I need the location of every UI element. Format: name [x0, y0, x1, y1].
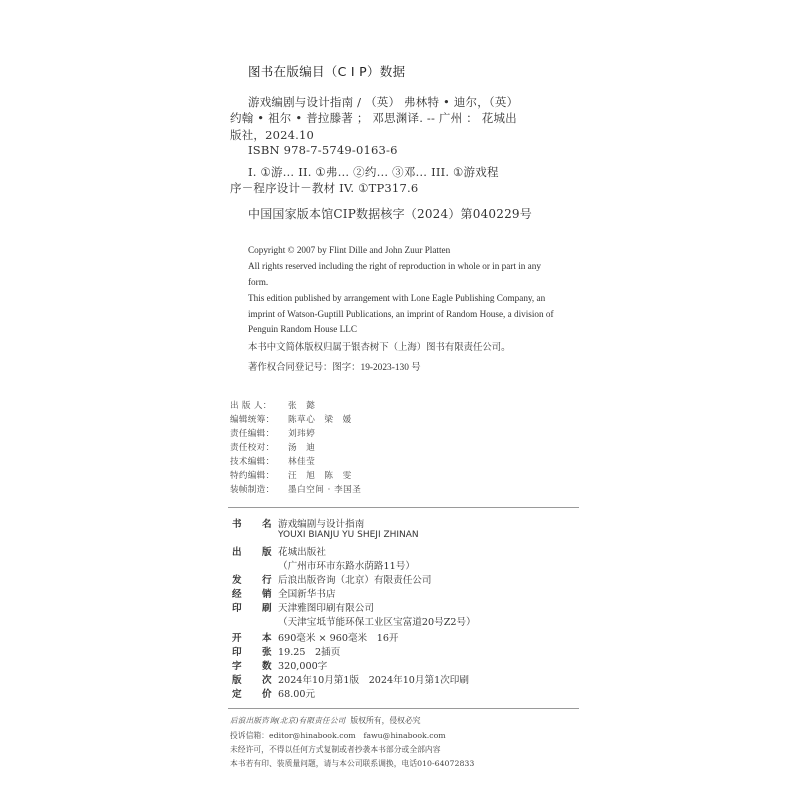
info-label: 出 — [232, 544, 242, 558]
staff-role: 出 版 人： — [230, 399, 288, 411]
info-value: 320,000字 — [278, 658, 327, 672]
footer-complaint-line: 投诉信箱：editor@hinabook.com fawu@hinabook.c… — [230, 730, 446, 741]
info-label: 字 — [232, 658, 242, 672]
copyright-line: form. — [248, 277, 268, 287]
copyright-line: Penguin Random House LLC — [248, 324, 357, 334]
cip-line: 序－程序设计－教材 IV. ①TP317.6 — [230, 180, 418, 196]
staff-name: 汪 旭 陈 雯 — [288, 471, 352, 481]
staff-row: 特约编辑：汪 旭 陈 雯 — [230, 469, 352, 481]
info-value: 68.00元 — [278, 686, 315, 700]
info-value: 花城出版社 — [278, 544, 326, 558]
divider — [228, 708, 579, 709]
copyright-line: All rights reserved including the right … — [248, 261, 541, 271]
isbn: ISBN 978-7-5749-0163-6 — [248, 143, 398, 157]
staff-row: 装帧制造：墨白空间 · 李国圣 — [230, 483, 361, 495]
info-row-seller: 经 销 全国新华书店 — [232, 586, 582, 600]
staff-row: 责任编辑：刘玮婷 — [230, 427, 315, 439]
staff-row: 技术编辑：林佳莹 — [230, 455, 315, 467]
contract-registration: 著作权合同登记号：图字：19-2023-130 号 — [248, 359, 421, 373]
info-label: 发 — [232, 572, 242, 586]
info-label: 张 — [262, 644, 272, 658]
complaint-emails: editor@hinabook.com fawu@hinabook.com — [269, 731, 446, 740]
info-value: 游戏编剧与设计指南 — [278, 516, 364, 530]
complaint-label: 投诉信箱： — [230, 731, 269, 740]
staff-row: 编辑统筹：陈草心 梁 媛 — [230, 413, 352, 425]
info-value: 690毫米 × 960毫米 16开 — [278, 630, 399, 644]
info-label: 刷 — [262, 600, 272, 614]
info-value: YOUXI BIANJU YU SHEJI ZHINAN — [278, 530, 419, 540]
cip-record-number: 中国国家版本馆CIP数据核字（2024）第040229号 — [248, 205, 532, 222]
info-value: （天津宝坻节能环保工业区宝富道20号Z2号） — [278, 614, 476, 628]
divider — [228, 507, 579, 508]
publisher-logotype: 后浪出版咨询(北京)有限责任公司 — [230, 716, 345, 725]
info-row-distribution: 发 行 后浪出版咨询（北京）有限责任公司 — [232, 572, 582, 586]
info-label: 销 — [262, 586, 272, 600]
info-row-printer: 印 刷 天津雅图印刷有限公司 — [232, 600, 582, 614]
staff-name: 刘玮婷 — [288, 429, 315, 439]
info-row-word-count: 字 数 320,000字 — [232, 658, 582, 672]
staff-role: 技术编辑： — [230, 455, 288, 467]
staff-role: 责任校对： — [230, 441, 288, 453]
staff-role: 装帧制造： — [230, 483, 288, 495]
info-label: 行 — [262, 572, 272, 586]
info-label: 次 — [262, 672, 272, 686]
cip-line: 版社，2024.10 — [230, 127, 314, 143]
staff-name: 汤 迪 — [288, 443, 315, 453]
info-label: 价 — [262, 686, 272, 700]
info-label: 经 — [232, 586, 242, 600]
staff-name: 陈草心 梁 媛 — [288, 415, 352, 425]
info-row-price: 定 价 68.00元 — [232, 686, 582, 700]
staff-role: 编辑统筹： — [230, 413, 288, 425]
info-value: 天津雅图印刷有限公司 — [278, 600, 374, 614]
info-label: 数 — [262, 658, 272, 672]
info-row-sheets: 印 张 19.25 2插页 — [232, 644, 582, 658]
info-label: 版 — [232, 672, 242, 686]
info-label: 书 — [232, 516, 242, 530]
info-label: 印 — [232, 600, 242, 614]
staff-name: 张 懿 — [288, 401, 315, 411]
info-value: 后浪出版咨询（北京）有限责任公司 — [278, 572, 432, 586]
copyright-line: Copyright © 2007 by Flint Dille and John… — [248, 245, 450, 255]
staff-row: 出 版 人：张 懿 — [230, 399, 315, 411]
staff-row: 责任校对：汤 迪 — [230, 441, 315, 453]
info-value: （广州市环市东路水荫路11号） — [278, 558, 415, 572]
info-label: 开 — [232, 630, 242, 644]
info-label: 定 — [232, 686, 242, 700]
chinese-rights-statement: 本书中文简体版权归属于银杏树下（上海）图书有限责任公司。 — [248, 339, 511, 353]
info-value: 全国新华书店 — [278, 586, 336, 600]
copyright-line: imprint of Watson-Guptill Publications, … — [248, 309, 554, 319]
info-value: 2024年10月第1版 2024年10月第1次印刷 — [278, 672, 469, 686]
rights-reserved: 版权所有，侵权必究 — [350, 716, 420, 725]
footer-publisher-line: 后浪出版咨询(北京)有限责任公司 版权所有，侵权必究 — [230, 715, 421, 726]
info-row-title: 书 名 游戏编剧与设计指南 — [232, 516, 582, 530]
cip-line: 游戏编剧与设计指南 / （英） 弗林特 • 迪尔，（英） — [248, 94, 518, 110]
staff-name: 林佳莹 — [288, 457, 315, 467]
cip-heading: 图书在版编目（C I P）数据 — [248, 62, 405, 80]
copyright-line: This edition published by arrangement wi… — [248, 293, 545, 303]
info-label: 印 — [232, 644, 242, 658]
footer-quality-contact: 本书若有印、装质量问题，请与本公司联系调换，电话010-64072833 — [230, 758, 474, 769]
cip-line: I. ①游… II. ①弗… ②约… ③邓… III. ①游戏程 — [248, 164, 499, 180]
info-label: 本 — [262, 630, 272, 644]
info-row-format: 开 本 690毫米 × 960毫米 16开 — [232, 630, 582, 644]
info-row-printer-address: （天津宝坻节能环保工业区宝富道20号Z2号） — [232, 614, 582, 628]
staff-role: 特约编辑： — [230, 469, 288, 481]
info-value: 19.25 2插页 — [278, 644, 340, 658]
info-row-edition: 版 次 2024年10月第1版 2024年10月第1次印刷 — [232, 672, 582, 686]
staff-name: 墨白空间 · 李国圣 — [288, 485, 361, 495]
footer-no-copy: 未经许可，不得以任何方式复制或者抄袭本书部分或全部内容 — [230, 744, 441, 755]
info-label: 名 — [262, 516, 272, 530]
info-row-publisher-address: （广州市环市东路水荫路11号） — [232, 558, 582, 572]
staff-role: 责任编辑： — [230, 427, 288, 439]
info-row-publisher: 出 版 花城出版社 — [232, 544, 582, 558]
info-row-title-pinyin: YOUXI BIANJU YU SHEJI ZHINAN — [232, 530, 582, 544]
cip-line: 约翰 • 祖尔 • 普拉滕著 ； 邓思渊译. -- 广州 ： 花城出 — [230, 110, 517, 126]
info-label: 版 — [262, 544, 272, 558]
